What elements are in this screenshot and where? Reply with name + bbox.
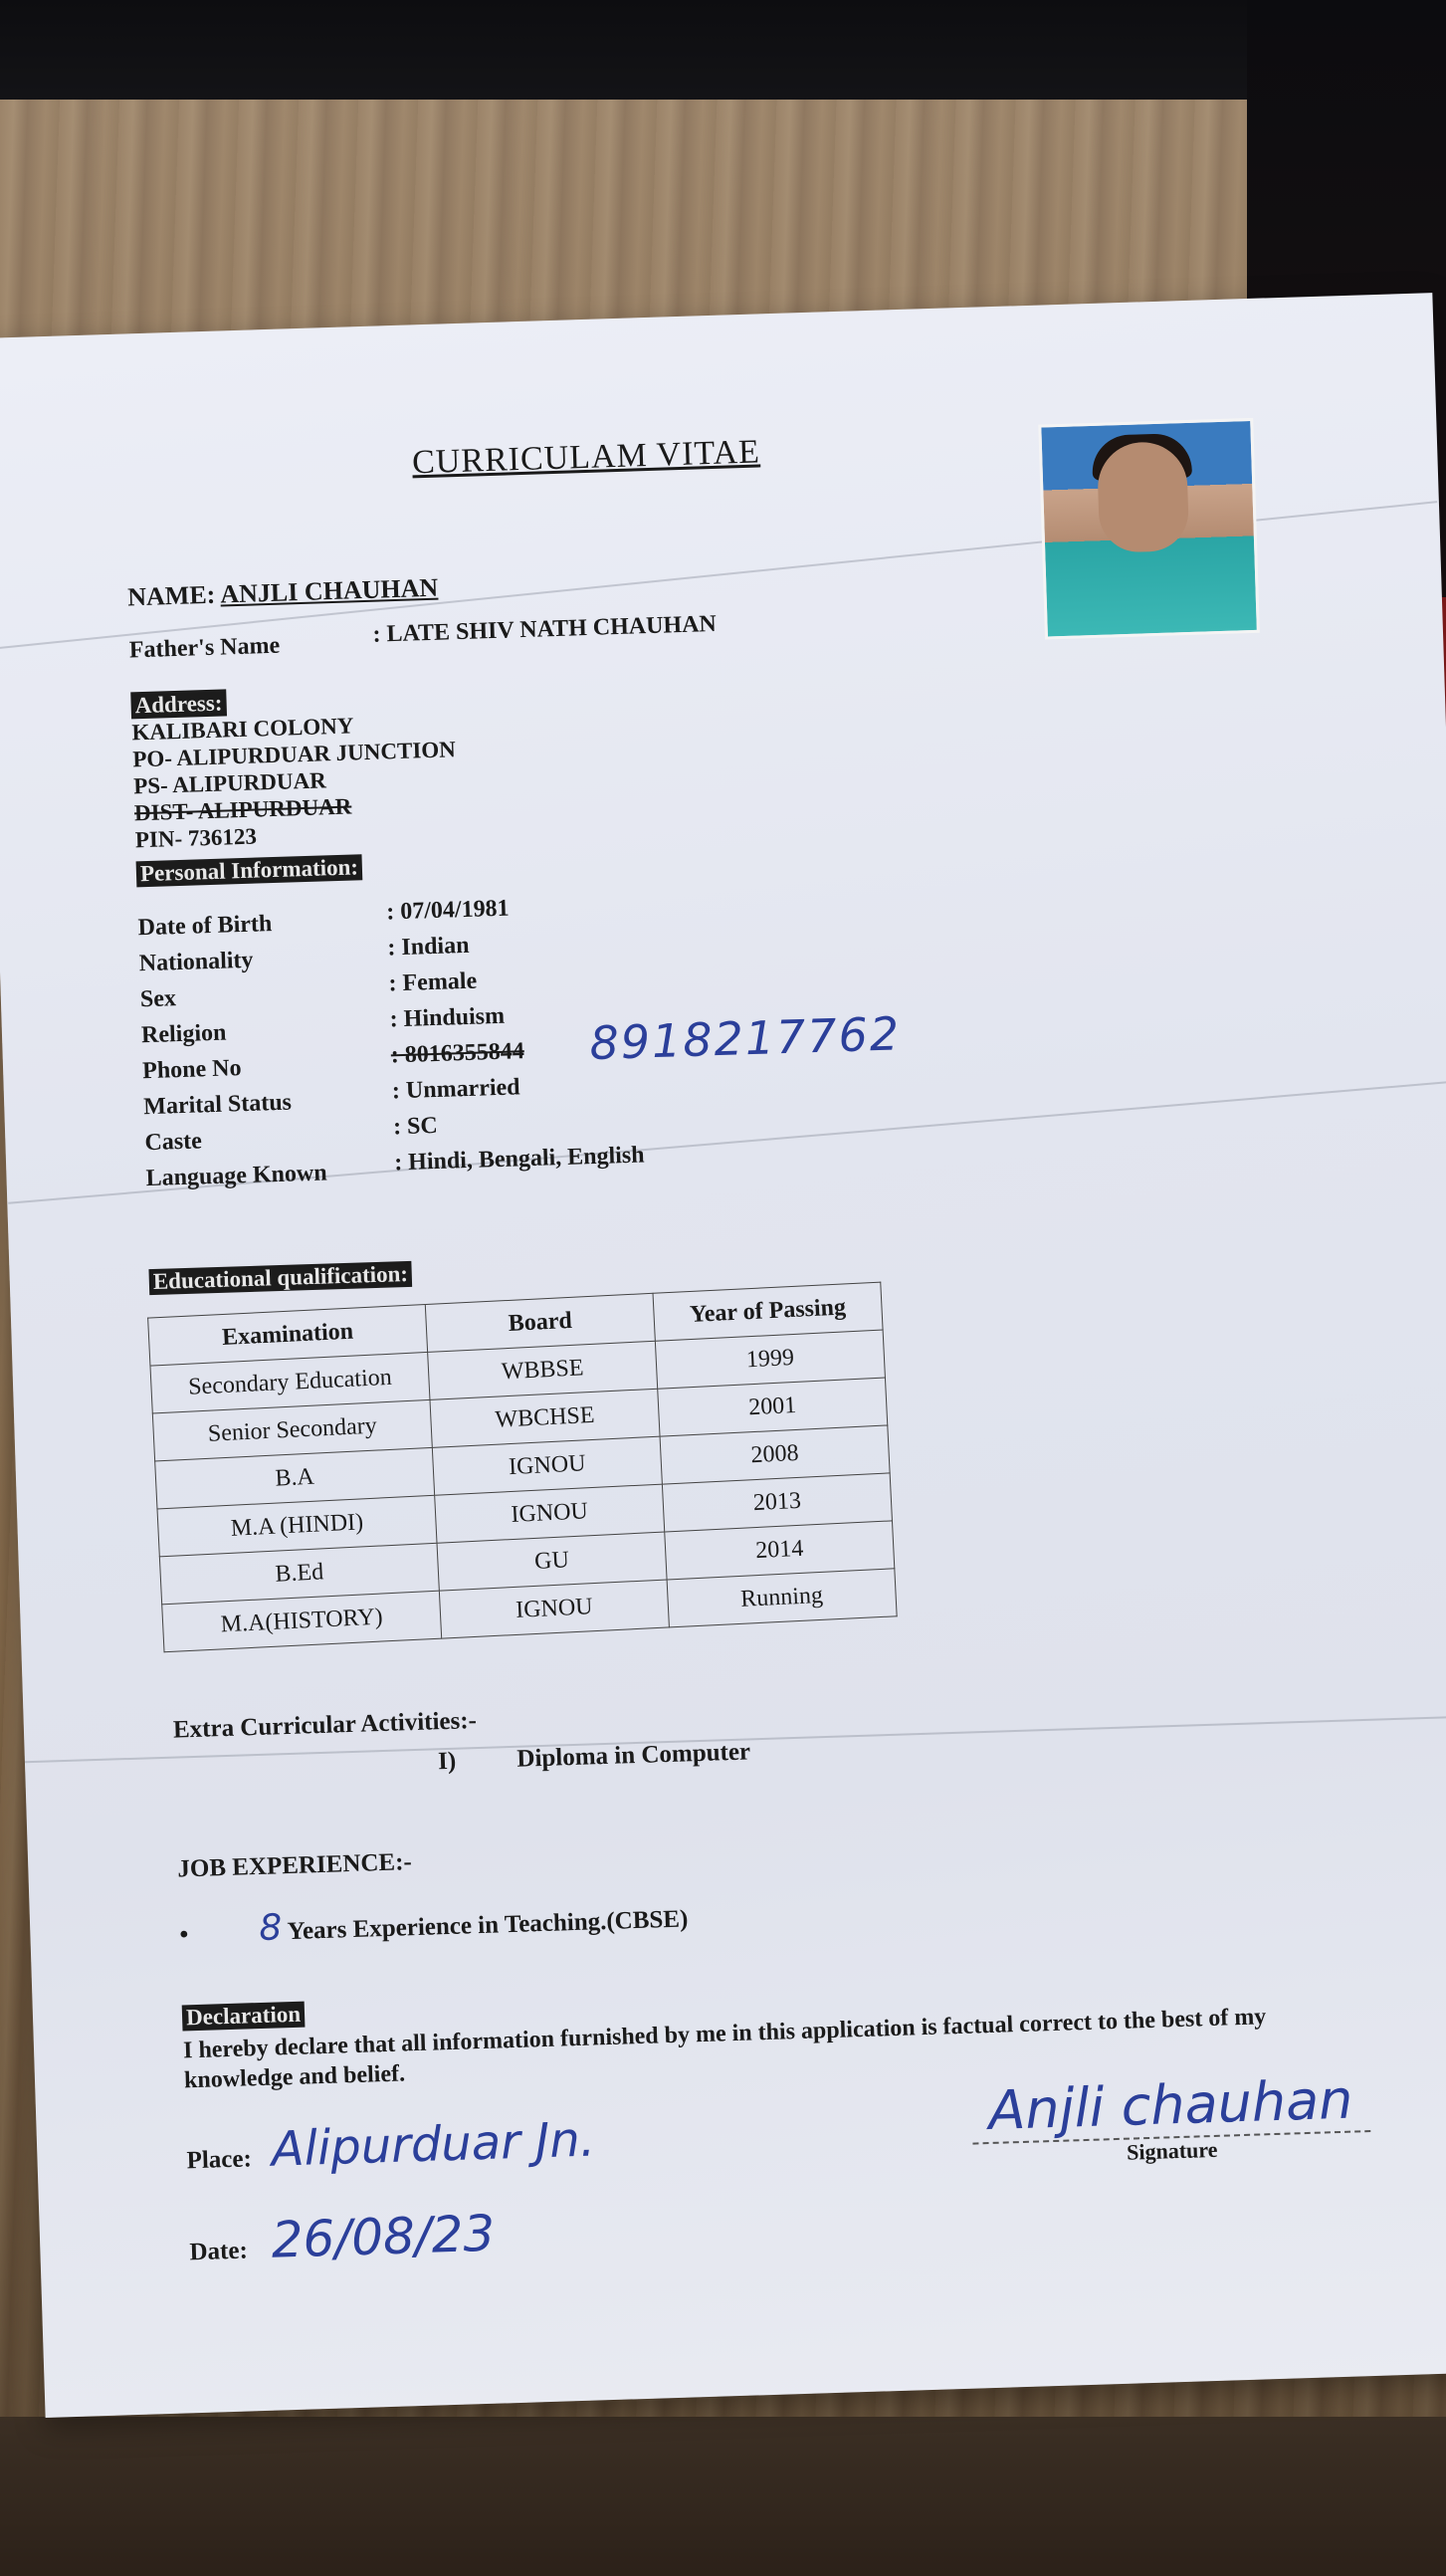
info-value: : Female bbox=[388, 968, 477, 998]
bullet-icon: • bbox=[179, 1921, 189, 1948]
signature-block: Anjli chauhan Signature bbox=[960, 2067, 1381, 2171]
father-name-value: : LATE SHIV NATH CHAUHAN bbox=[372, 611, 717, 649]
date-row: Date: 26/08/23 bbox=[188, 2205, 496, 2272]
info-label: Caste bbox=[144, 1128, 202, 1157]
info-label: Nationality bbox=[138, 948, 253, 978]
info-label: Date of Birth bbox=[137, 911, 272, 942]
job-experience-item: • 8 Years Experience in Teaching.(CBSE) bbox=[179, 1894, 689, 1951]
document-title: CURRICULAM VITAE bbox=[412, 433, 761, 482]
job-experience-section: JOB EXPERIENCE:- • 8 Years Experience in… bbox=[177, 1848, 412, 1883]
item-number: I) bbox=[438, 1748, 457, 1776]
education-heading: Educational qualification: bbox=[148, 1261, 412, 1295]
handwritten-phone: 8918217762 bbox=[589, 1006, 902, 1070]
education-table: Examination Board Year of Passing Second… bbox=[147, 1282, 898, 1653]
table-cell: IGNOU bbox=[439, 1580, 669, 1638]
info-value: : 07/04/1981 bbox=[386, 896, 510, 927]
job-experience-heading: JOB EXPERIENCE:- bbox=[177, 1848, 412, 1882]
address-section: Address: KALIBARI COLONY PO- ALIPURDUAR … bbox=[130, 682, 458, 853]
background-floor bbox=[0, 2417, 1446, 2576]
personal-info-heading: Personal Information: bbox=[136, 854, 363, 887]
handwritten-years: 8 bbox=[259, 1907, 283, 1949]
handwritten-place: Alipurduar Jn. bbox=[271, 2111, 596, 2177]
father-name-row: Father's Name : LATE SHIV NATH CHAUHAN bbox=[129, 633, 281, 665]
item-text: Diploma in Computer bbox=[516, 1738, 750, 1772]
handwritten-signature: Anjli chauhan bbox=[960, 2067, 1380, 2143]
handwritten-date: 26/08/23 bbox=[271, 2205, 496, 2269]
name-value: ANJLI CHAUHAN bbox=[220, 573, 439, 609]
declaration-heading: Declaration bbox=[182, 2002, 306, 2032]
place-label: Place: bbox=[186, 2145, 252, 2174]
extra-curricular-section: Extra Curricular Activities:- I) Diploma… bbox=[173, 1707, 478, 1745]
info-value: : SC bbox=[393, 1113, 438, 1141]
info-row-language: Language Known: Hindi, Bengali, English bbox=[145, 1159, 372, 1201]
info-value: : Indian bbox=[387, 933, 470, 963]
name-label: NAME: bbox=[127, 580, 216, 612]
cv-paper: CURRICULAM VITAE NAME: ANJLI CHAUHAN Fat… bbox=[0, 293, 1446, 2418]
info-label: Marital Status bbox=[143, 1090, 292, 1122]
info-value-struck: : 8016355844 bbox=[390, 1038, 524, 1069]
photo-face bbox=[1097, 441, 1189, 553]
item-text: Years Experience in Teaching.(CBSE) bbox=[287, 1905, 688, 1945]
extra-curricular-item: I) Diploma in Computer bbox=[438, 1738, 751, 1776]
table-cell: Running bbox=[667, 1569, 897, 1627]
info-label: Language Known bbox=[145, 1160, 327, 1192]
info-value: : Hinduism bbox=[389, 1003, 505, 1034]
extra-curricular-heading: Extra Curricular Activities:- bbox=[173, 1707, 478, 1744]
info-label: Religion bbox=[141, 1020, 227, 1050]
info-label: Phone No bbox=[142, 1055, 242, 1085]
father-name-label: Father's Name bbox=[129, 633, 281, 664]
address-heading: Address: bbox=[130, 689, 227, 719]
date-label: Date: bbox=[189, 2238, 248, 2266]
personal-info-section: Personal Information: Date of Birth: 07/… bbox=[136, 854, 373, 1201]
education-section: Educational qualification: Examination B… bbox=[148, 1246, 895, 1646]
signature-label: Signature bbox=[1127, 2137, 1218, 2165]
passport-photo-icon bbox=[1038, 418, 1260, 640]
info-value: : Hindi, Bengali, English bbox=[394, 1142, 645, 1177]
info-value: : Unmarried bbox=[392, 1074, 520, 1105]
info-label: Sex bbox=[140, 985, 177, 1013]
cv-content: CURRICULAM VITAE NAME: ANJLI CHAUHAN Fat… bbox=[121, 356, 1315, 394]
place-row: Place: Alipurduar Jn. bbox=[185, 2111, 595, 2180]
